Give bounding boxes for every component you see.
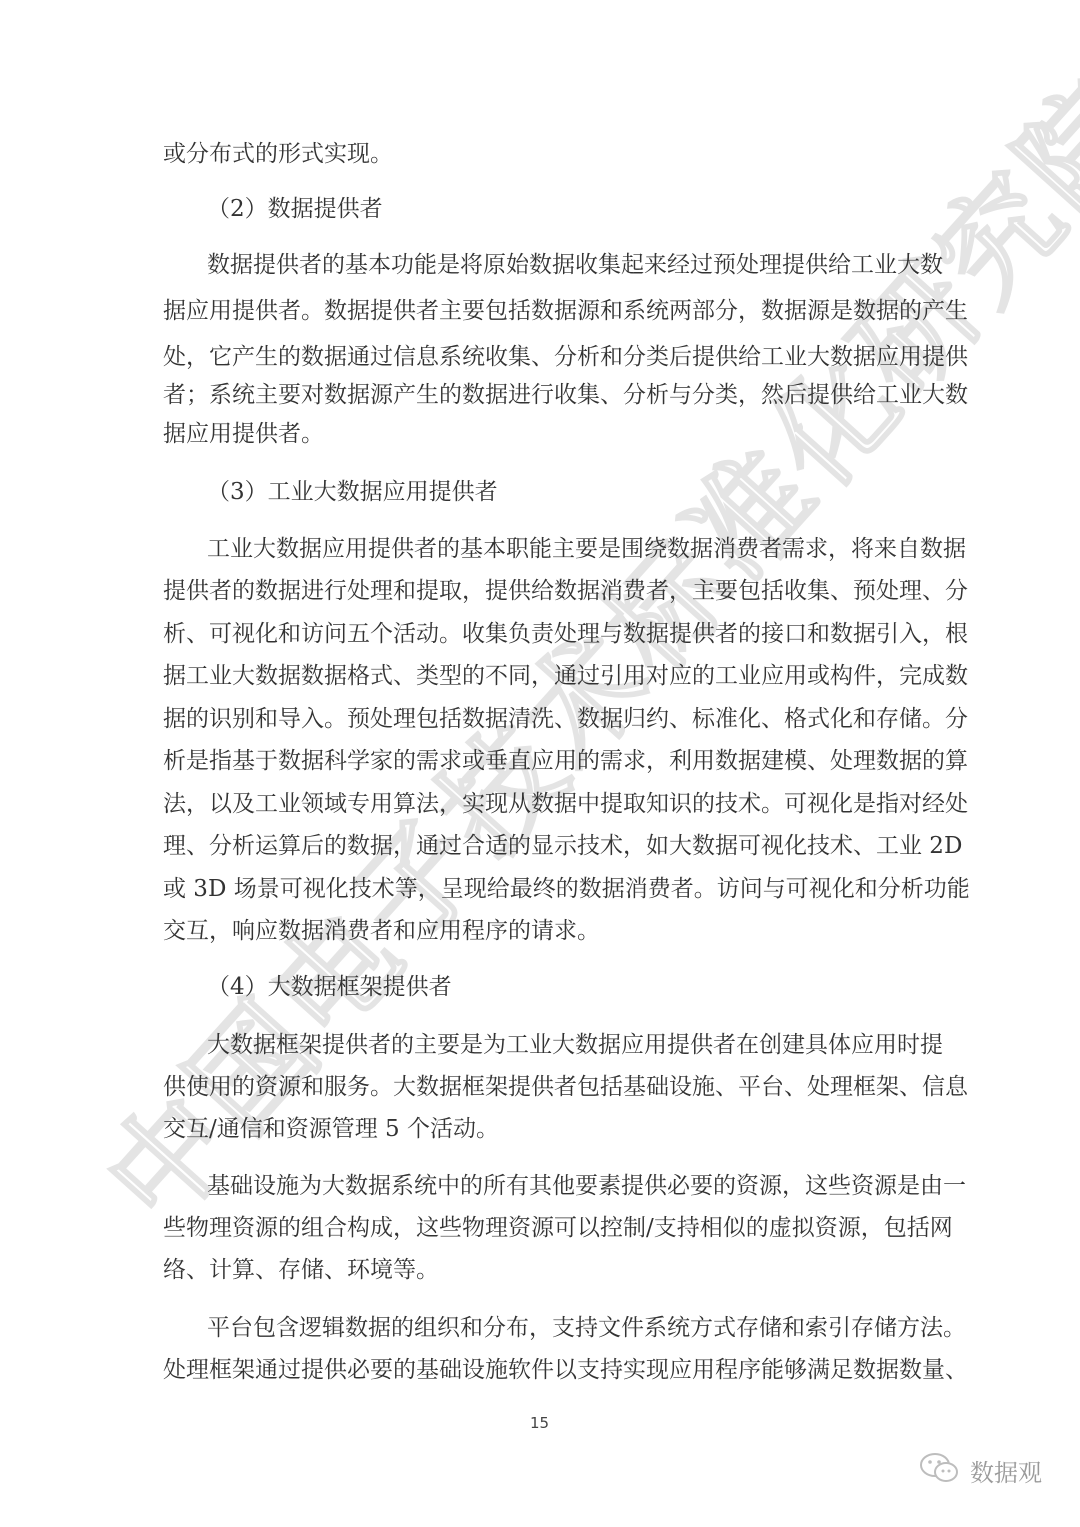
paragraph-line: 提供者的数据进行处理和提取，提供给数据消费者，主要包括收集、预处理、分 [163,576,933,606]
paragraph-line: 大数据框架提供者的主要是为工业大数据应用提供者在创建具体应用时提 [207,1030,933,1060]
paragraph-line: 交互/通信和资源管理 5 个活动。 [163,1114,933,1144]
paragraph-line: 者；系统主要对数据源产生的数据进行收集、分析与分类，然后提供给工业大数 [163,380,933,410]
section-heading-framework-provider: （4）大数据框架提供者 [207,972,452,1002]
document-page: 或分布式的形式实现。 （2）数据提供者 数据提供者的基本功能是将原始数据收集起来… [0,0,1080,1527]
paragraph-line: 析是指基于数据科学家的需求或垂直应用的需求，利用数据建模、处理数据的算 [163,746,933,776]
paragraph-line: 交互，响应数据消费者和应用程序的请求。 [163,916,933,946]
paragraph-line: 平台包含逻辑数据的组织和分布，支持文件系统方式存储和索引存储方法。 [207,1313,933,1343]
paragraph-line: 或 3D 场景可视化技术等，呈现给最终的数据消费者。访问与可视化和分析功能 [163,874,933,904]
paragraph-line: 基础设施为大数据系统中的所有其他要素提供必要的资源，这些资源是由一 [207,1171,933,1201]
paragraph-line: 数据提供者的基本功能是将原始数据收集起来经过预处理提供给工业大数 [207,250,933,280]
section-heading-data-provider: （2）数据提供者 [207,194,383,224]
paragraph-line: 法，以及工业领域专用算法，实现从数据中提取知识的技术。可视化是指对经处 [163,789,933,819]
paragraph-line: 些物理资源的组合构成，这些物理资源可以控制/支持相似的虚拟资源，包括网 [163,1213,933,1243]
wechat-icon [918,1450,962,1490]
paragraph-line: 据应用提供者。数据提供者主要包括数据源和系统两部分，数据源是数据的产生 [163,296,933,326]
paragraph-line: 理、分析运算后的数据，通过合适的显示技术，如大数据可视化技术、工业 2D [163,831,933,861]
page-number: 15 [530,1414,549,1432]
paragraph-line: 或分布式的形式实现。 [163,139,933,169]
paragraph-line: 处，它产生的数据通过信息系统收集、分析和分类后提供给工业大数据应用提供 [163,342,933,372]
paragraph-line: 据的识别和导入。预处理包括数据清洗、数据归约、标准化、格式化和存储。分 [163,704,933,734]
paragraph-line: 据工业大数据数据格式、类型的不同，通过引用对应的工业应用或构件，完成数 [163,661,933,691]
section-heading-app-provider: （3）工业大数据应用提供者 [207,477,498,507]
paragraph-line: 据应用提供者。 [163,419,933,449]
source-badge: 数据观 [918,1450,1042,1490]
paragraph-line: 处理框架通过提供必要的基础设施软件以支持实现应用程序能够满足数据数量、 [163,1355,933,1385]
paragraph-line: 析、可视化和访问五个活动。收集负责处理与数据提供者的接口和数据引入，根 [163,619,933,649]
paragraph-line: 供使用的资源和服务。大数据框架提供者包括基础设施、平台、处理框架、信息 [163,1072,933,1102]
paragraph-line: 络、计算、存储、环境等。 [163,1255,933,1285]
paragraph-line: 工业大数据应用提供者的基本职能主要是围绕数据消费者需求，将来自数据 [207,534,933,564]
badge-label: 数据观 [970,1453,1042,1488]
